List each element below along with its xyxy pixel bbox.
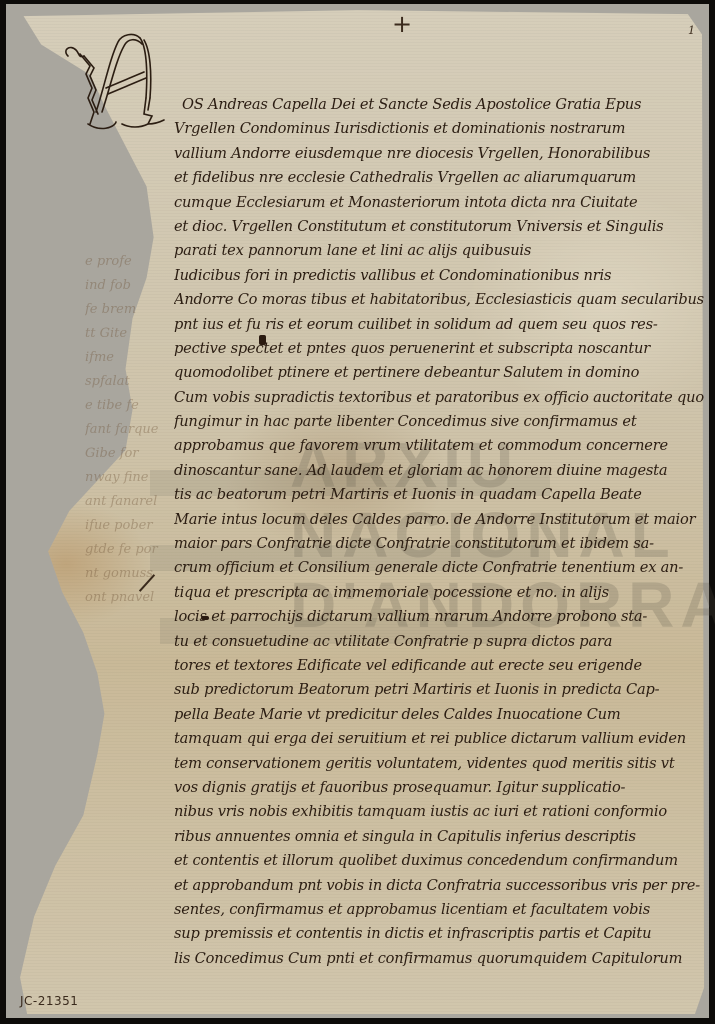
text-line: Marie intus locum deles Caldes parro. de… xyxy=(174,508,704,532)
text-line: sentes, confirmamus et approbamus licent… xyxy=(174,898,704,922)
text-line: pella Beate Marie vt predicitur deles Ca… xyxy=(174,703,704,727)
text-line: tiqua et prescripta ac immemoriale poces… xyxy=(174,581,704,605)
text-line: approbamus que favorem vrum vtilitatem e… xyxy=(174,434,704,458)
text-line: ribus annuentes omnia et singula in Capi… xyxy=(174,825,704,849)
ink-blot xyxy=(201,616,209,620)
decorated-initial-n-icon xyxy=(60,28,170,136)
ink-blot xyxy=(259,335,266,345)
cross-mark: + xyxy=(392,10,412,38)
text-line: cumque Ecclesiarum et Monasteriorum into… xyxy=(174,191,704,215)
text-line: tores et textores Edificate vel edifican… xyxy=(174,654,704,678)
manuscript-body: OS Andreas Capella Dei et Sancte Sedis A… xyxy=(174,93,704,971)
text-line: pnt ius et fu ris et eorum cuilibet in s… xyxy=(174,313,704,337)
folio-number: 1 xyxy=(688,24,695,37)
text-line: OS Andreas Capella Dei et Sancte Sedis A… xyxy=(174,93,704,117)
text-line: et dioc. Vrgellen Constitutum et constit… xyxy=(174,215,704,239)
text-line: vallium Andorre eiusdemque nre diocesis … xyxy=(174,142,704,166)
text-line: parati tex pannorum lane et lini ac alij… xyxy=(174,239,704,263)
text-line: sub predictorum Beatorum petri Martiris … xyxy=(174,678,704,702)
text-line: pective spectet et pntes quos peruenerin… xyxy=(174,337,704,361)
text-line: tu et consuetudine ac vtilitate Confratr… xyxy=(174,630,704,654)
text-line: locis et parrochijs dictarum vallium nra… xyxy=(174,605,704,629)
text-line: Vrgellen Condominus Iurisdictionis et do… xyxy=(174,117,704,141)
text-line: nibus vris nobis exhibitis tamquam iusti… xyxy=(174,800,704,824)
text-line: Andorre Co moras tibus et habitatoribus,… xyxy=(174,288,704,312)
text-line: quomodolibet ptinere et pertinere debean… xyxy=(174,361,704,385)
text-line: fungimur in hac parte libenter Concedimu… xyxy=(174,410,704,434)
text-line: et approbandum pnt vobis in dicta Confra… xyxy=(174,874,704,898)
text-line: maior pars Confratrie dicte Confratrie c… xyxy=(174,532,704,556)
text-line: et contentis et illorum quolibet duximus… xyxy=(174,849,704,873)
text-line: dinoscantur sane. Ad laudem et gloriam a… xyxy=(174,459,704,483)
text-line: et fidelibus nre ecclesie Cathedralis Vr… xyxy=(174,166,704,190)
text-line: tem conservationem geritis voluntatem, v… xyxy=(174,752,704,776)
text-line: lis Concedimus Cum pnti et confirmamus q… xyxy=(174,947,704,971)
archive-call-number: JC-21351 xyxy=(20,994,78,1008)
text-line: Cum vobis supradictis textoribus et para… xyxy=(174,386,704,410)
text-line: tamquam qui erga dei seruitium et rei pu… xyxy=(174,727,704,751)
text-line: Iudicibus fori in predictis vallibus et … xyxy=(174,264,704,288)
text-line: sup premissis et contentis in dictis et … xyxy=(174,922,704,946)
text-line: vos dignis gratijs et fauoribus prosequa… xyxy=(174,776,704,800)
text-line: crum officium et Consilium generale dict… xyxy=(174,556,704,580)
text-line: tis ac beatorum petri Martiris et Iuonis… xyxy=(174,483,704,507)
